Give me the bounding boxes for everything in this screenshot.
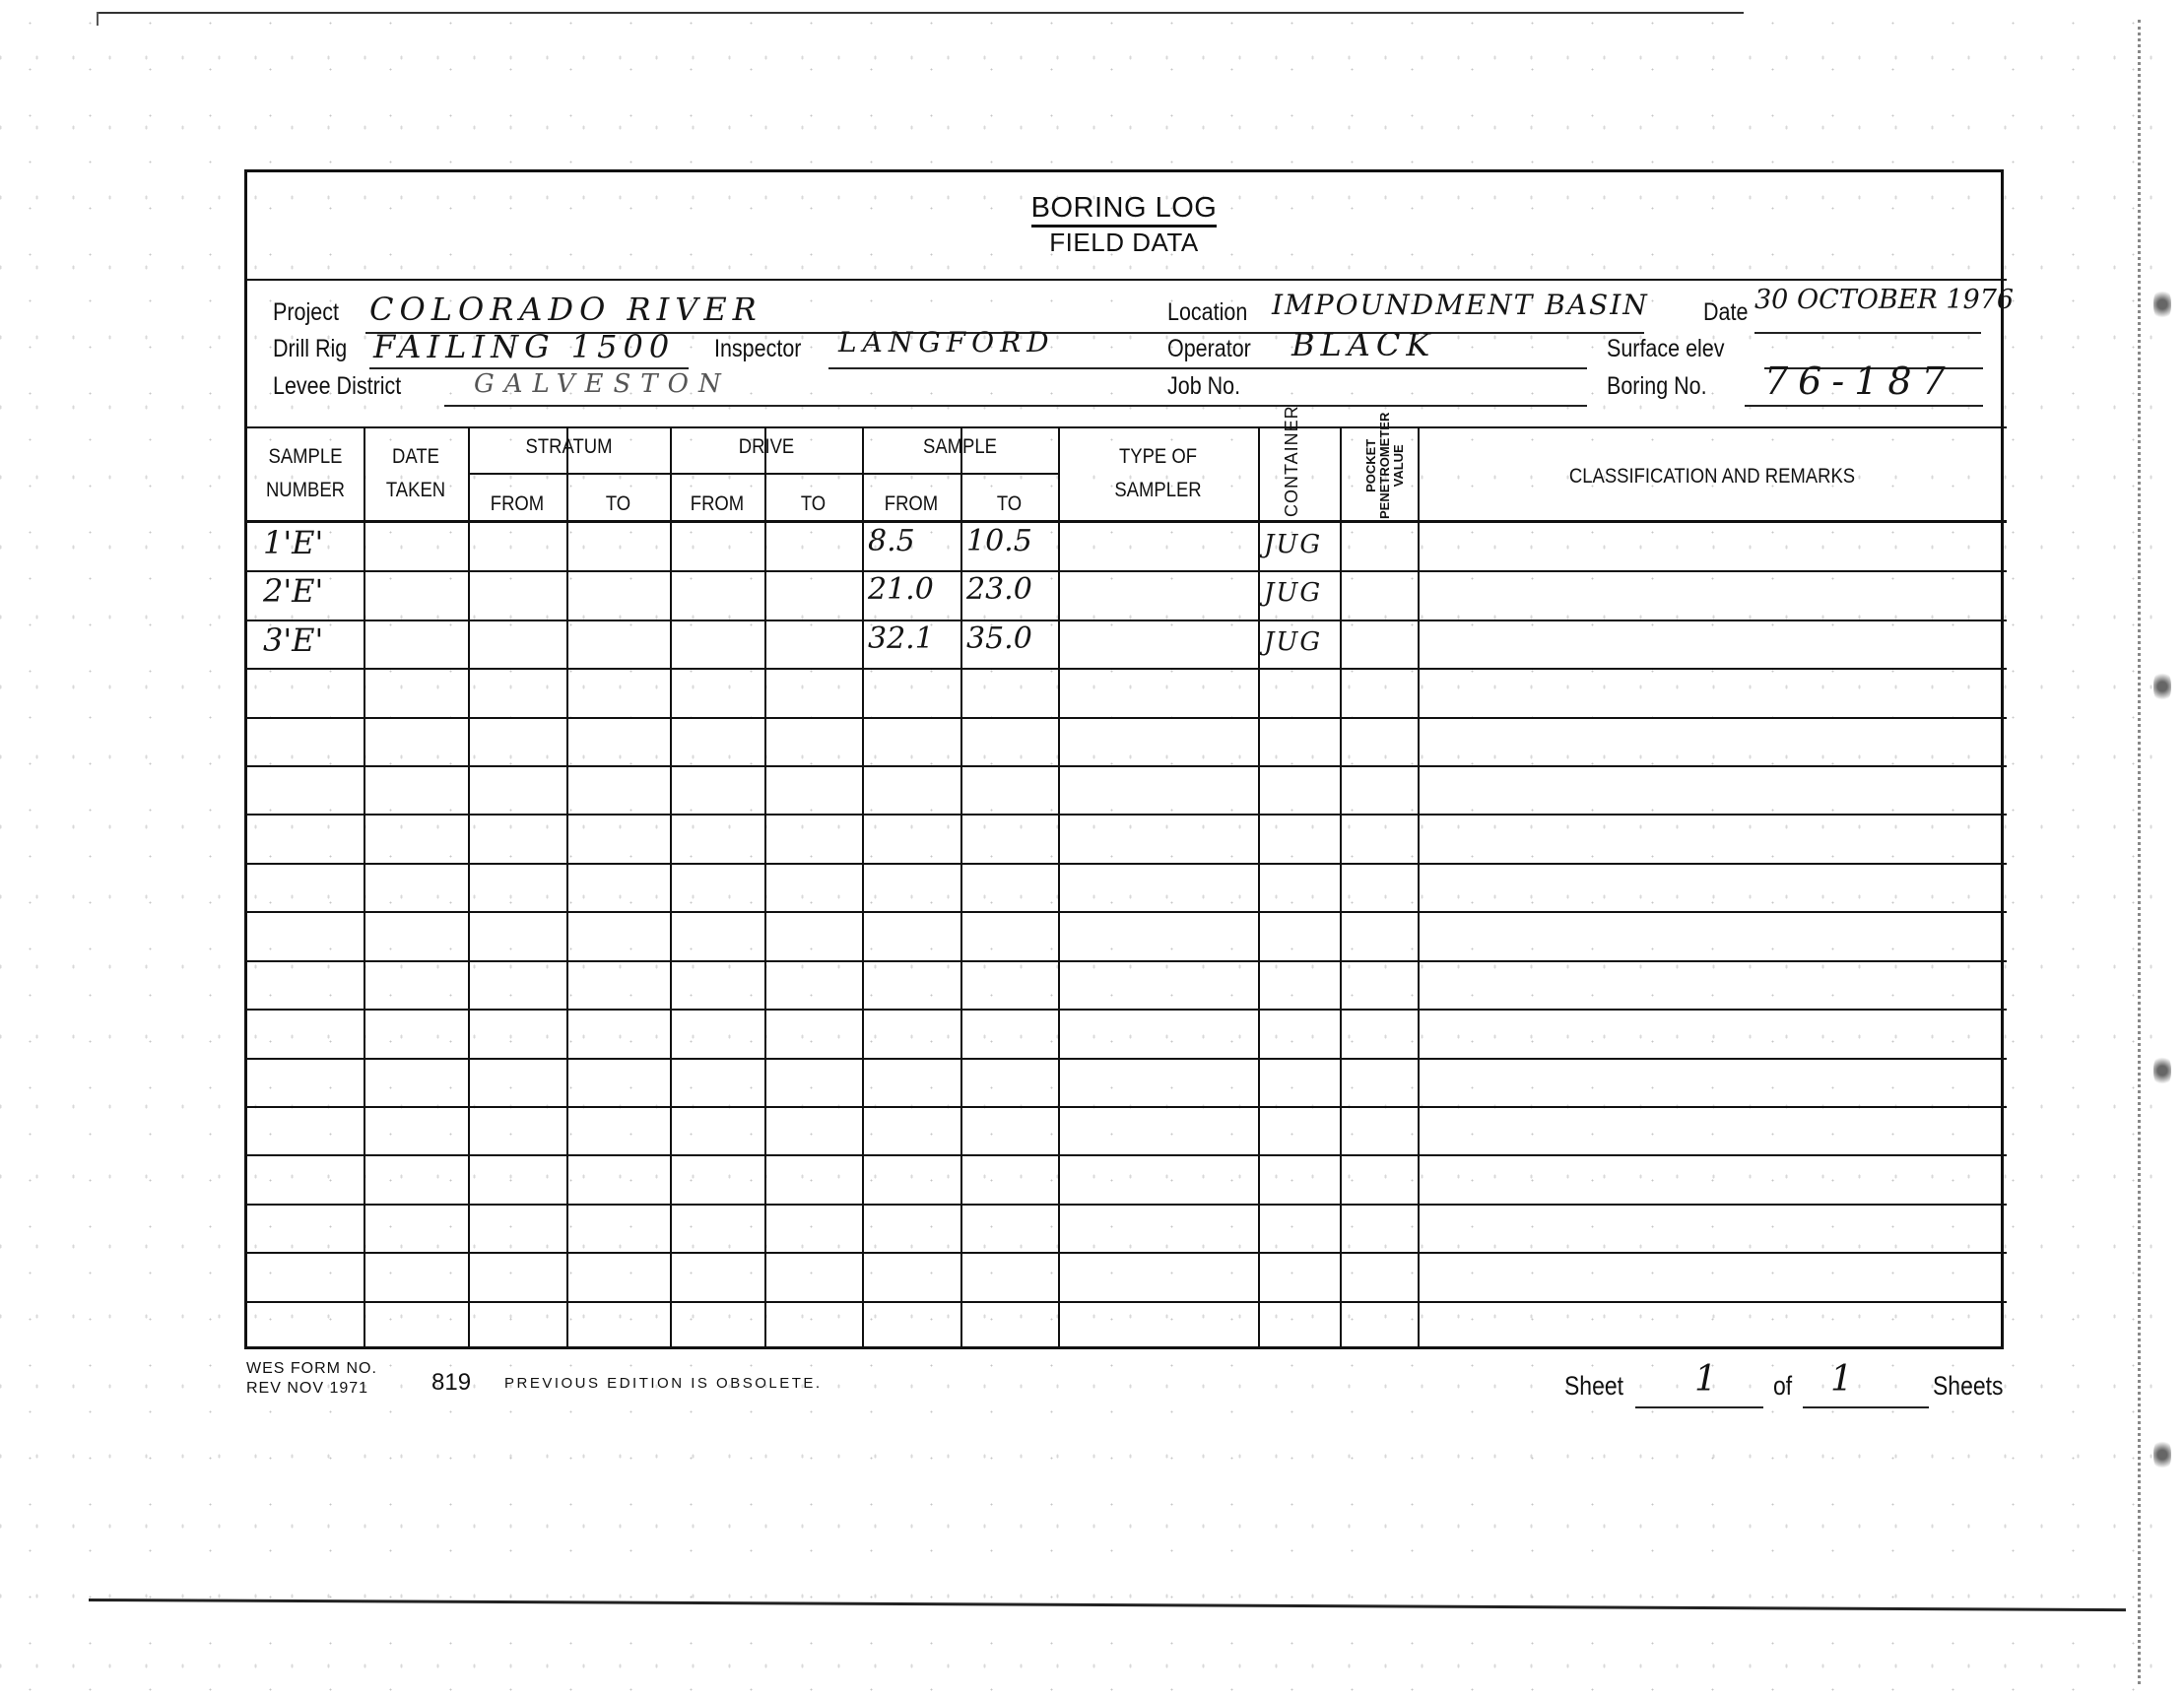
cell-sample-number[interactable]	[253, 1011, 371, 1055]
cell-drive-to[interactable]	[770, 913, 860, 957]
cell-date-taken[interactable]	[369, 1303, 466, 1347]
cell-classification[interactable]	[1423, 865, 2005, 909]
cell-date-taken[interactable]	[369, 1254, 466, 1298]
cell-classification[interactable]	[1423, 1254, 2005, 1298]
smudge-mark	[2153, 1054, 2171, 1087]
column-divider	[566, 426, 568, 1349]
cell-drive-from[interactable]	[676, 572, 762, 617]
header-bottom-divider	[247, 520, 2007, 523]
cell-sample-number[interactable]	[253, 913, 371, 957]
cell-container[interactable]	[1264, 968, 1338, 1012]
inspector-label: Inspector	[714, 335, 801, 363]
cell-sample-number[interactable]	[253, 816, 371, 860]
of-label: of	[1773, 1371, 1792, 1402]
drill-rig-label: Drill Rig	[273, 335, 347, 363]
cell-sample-to[interactable]	[966, 1011, 1056, 1055]
cell-pocket-penetrometer[interactable]	[1346, 572, 1416, 617]
column-divider	[862, 426, 864, 1349]
cell-sample-number[interactable]: 2'E'	[253, 572, 371, 617]
form-title: BORING LOG	[247, 192, 2001, 225]
column-divider	[1058, 426, 1060, 1349]
smudge-mark	[2153, 288, 2171, 321]
cell-container[interactable]	[1264, 1211, 1338, 1256]
date-field[interactable]: 30 OCTOBER 1976	[1754, 285, 2014, 315]
cell-drive-from[interactable]	[676, 962, 762, 1007]
cell-sample-from[interactable]	[868, 767, 959, 812]
cell-pocket-penetrometer[interactable]	[1346, 524, 1416, 568]
cell-stratum-to[interactable]	[572, 572, 668, 617]
cell-drive-from[interactable]	[676, 913, 762, 957]
cell-container[interactable]	[1264, 1066, 1338, 1110]
cell-container[interactable]	[1264, 773, 1338, 817]
cell-date-taken[interactable]	[369, 865, 466, 909]
cell-stratum-from[interactable]	[474, 1303, 564, 1347]
cell-stratum-from[interactable]	[474, 621, 564, 666]
cell-date-taken[interactable]	[369, 1060, 466, 1104]
cell-type-of-sampler[interactable]	[1064, 524, 1256, 568]
operator-field[interactable]: BLACK	[1291, 326, 1435, 363]
cell-drive-from[interactable]	[676, 670, 762, 714]
cell-drive-from[interactable]	[676, 719, 762, 763]
cell-drive-from[interactable]	[676, 1303, 762, 1347]
cell-stratum-from[interactable]	[474, 719, 564, 763]
column-divider	[670, 426, 672, 1349]
cell-pocket-penetrometer[interactable]	[1346, 670, 1416, 714]
cell-date-taken[interactable]	[369, 1156, 466, 1201]
scan-edge-top	[99, 12, 1744, 14]
cell-container[interactable]	[1264, 919, 1338, 963]
header-date-taken-line2: TAKEN	[369, 474, 461, 507]
cell-sample-number[interactable]	[253, 670, 371, 714]
column-divider	[468, 426, 470, 1349]
header-sample-number-line1: SAMPLE	[254, 440, 357, 474]
cell-sample-from[interactable]	[868, 1254, 959, 1298]
cell-stratum-to[interactable]	[572, 1303, 668, 1347]
cell-stratum-to[interactable]	[572, 865, 668, 909]
cell-classification[interactable]	[1423, 719, 2005, 763]
cell-date-taken[interactable]	[369, 1206, 466, 1250]
cell-classification[interactable]	[1423, 816, 2005, 860]
cell-date-taken[interactable]	[369, 816, 466, 860]
sheet-underline	[1635, 1406, 1763, 1408]
cell-type-of-sampler[interactable]	[1064, 865, 1256, 909]
cell-sample-from[interactable]	[868, 1108, 959, 1152]
cell-drive-from[interactable]	[676, 767, 762, 812]
header-sample-number: SAMPLE NUMBER	[254, 440, 357, 507]
cell-drive-from[interactable]	[676, 524, 762, 568]
header-type-of-sampler: TYPE OF SAMPLER	[1070, 440, 1246, 507]
cell-sample-to[interactable]	[966, 816, 1056, 860]
cell-type-of-sampler[interactable]	[1064, 719, 1256, 763]
cell-drive-from[interactable]	[676, 1254, 762, 1298]
cell-type-of-sampler[interactable]	[1064, 572, 1256, 617]
cell-container[interactable]	[1264, 1114, 1338, 1158]
cell-drive-to[interactable]	[770, 816, 860, 860]
cell-sample-to[interactable]	[966, 865, 1056, 909]
cell-stratum-to[interactable]	[572, 1108, 668, 1152]
cell-sample-from[interactable]	[868, 913, 959, 957]
cell-drive-to[interactable]	[770, 767, 860, 812]
column-divider	[1258, 426, 1260, 1349]
cell-drive-from[interactable]	[676, 816, 762, 860]
cell-stratum-from[interactable]	[474, 1206, 564, 1250]
cell-type-of-sampler[interactable]	[1064, 1108, 1256, 1152]
cell-pocket-penetrometer[interactable]	[1346, 1060, 1416, 1104]
cell-type-of-sampler[interactable]	[1064, 1060, 1256, 1104]
surface-elev-label: Surface elev	[1607, 335, 1725, 363]
form-subtitle: FIELD DATA	[247, 228, 2001, 258]
cell-classification[interactable]	[1423, 1156, 2005, 1201]
cell-container[interactable]	[1264, 1309, 1338, 1353]
cell-type-of-sampler[interactable]	[1064, 1254, 1256, 1298]
cell-sample-from[interactable]	[868, 670, 959, 714]
title-divider	[247, 279, 2007, 281]
subheader-divider	[468, 473, 1058, 475]
cell-container[interactable]	[1264, 1016, 1338, 1061]
header-drive: DRIVE	[682, 430, 851, 464]
cell-type-of-sampler[interactable]	[1064, 816, 1256, 860]
cell-stratum-from[interactable]	[474, 1060, 564, 1104]
cell-sample-from[interactable]	[868, 1011, 959, 1055]
cell-date-taken[interactable]	[369, 962, 466, 1007]
cell-drive-from[interactable]	[676, 1060, 762, 1104]
cell-date-taken[interactable]	[369, 719, 466, 763]
cell-sample-from[interactable]	[868, 1060, 959, 1104]
cell-sample-number[interactable]	[253, 1303, 371, 1347]
cell-container[interactable]	[1264, 821, 1338, 866]
cell-stratum-from[interactable]	[474, 1254, 564, 1298]
cell-pocket-penetrometer[interactable]	[1346, 1254, 1416, 1298]
header-pocket-penetrometer: POCKET PENETROMETER VALUE	[1364, 413, 1406, 519]
header-drive-to: TO	[770, 488, 856, 521]
cell-container[interactable]	[1264, 1162, 1338, 1207]
cell-pocket-penetrometer[interactable]	[1346, 1011, 1416, 1055]
drill-rig-field[interactable]: FAILING 1500	[373, 328, 675, 365]
cell-type-of-sampler[interactable]	[1064, 913, 1256, 957]
cell-sample-from[interactable]: 21.0	[868, 572, 959, 617]
cell-type-of-sampler[interactable]	[1064, 670, 1256, 714]
cell-stratum-to[interactable]	[572, 767, 668, 812]
cell-sample-to[interactable]	[966, 1156, 1056, 1201]
form-number-label: WES FORM NO. REV NOV 1971	[246, 1359, 377, 1399]
levee-district-field[interactable]: GALVESTON	[474, 369, 731, 399]
cell-drive-from[interactable]	[676, 621, 762, 666]
header-date-taken-line1: DATE	[369, 440, 461, 474]
cell-pocket-penetrometer[interactable]	[1346, 913, 1416, 957]
cell-classification[interactable]	[1423, 1011, 2005, 1055]
table-top-divider	[247, 426, 2007, 428]
cell-classification[interactable]	[1423, 572, 2005, 617]
cell-container[interactable]	[1264, 871, 1338, 915]
cell-sample-to[interactable]: 35.0	[966, 621, 1056, 666]
cell-stratum-from[interactable]	[474, 572, 564, 617]
cell-drive-from[interactable]	[676, 1206, 762, 1250]
cell-stratum-from[interactable]	[474, 1108, 564, 1152]
cell-drive-to[interactable]	[770, 1011, 860, 1055]
cell-classification[interactable]	[1423, 1108, 2005, 1152]
cell-pocket-penetrometer[interactable]	[1346, 816, 1416, 860]
cell-sample-from[interactable]	[868, 816, 959, 860]
cell-drive-to[interactable]	[770, 1060, 860, 1104]
cell-pocket-penetrometer[interactable]	[1346, 865, 1416, 909]
header-sample-number-line2: NUMBER	[254, 474, 357, 507]
header-pocket-line2: PENETROMETER	[1378, 413, 1392, 519]
cell-type-of-sampler[interactable]	[1064, 1011, 1256, 1055]
cell-sample-to[interactable]	[966, 1254, 1056, 1298]
cell-drive-to[interactable]	[770, 1156, 860, 1201]
header-drive-from: FROM	[676, 488, 759, 521]
cell-stratum-from[interactable]	[474, 1156, 564, 1201]
header-type-of-sampler-line2: SAMPLER	[1070, 474, 1246, 507]
of-underline	[1803, 1406, 1929, 1408]
cell-pocket-penetrometer[interactable]	[1346, 621, 1416, 666]
column-divider	[960, 426, 962, 1349]
cell-sample-from[interactable]	[868, 1303, 959, 1347]
header-stratum: STRATUM	[480, 430, 657, 464]
form-title-text: BORING LOG	[1031, 192, 1218, 228]
column-divider	[1340, 426, 1342, 1349]
cell-date-taken[interactable]	[369, 572, 466, 617]
date-label: Date	[1703, 298, 1748, 327]
levee-district-label: Levee District	[273, 372, 401, 401]
cell-container[interactable]: JUG	[1264, 530, 1338, 574]
cell-stratum-to[interactable]	[572, 1206, 668, 1250]
cell-stratum-to[interactable]	[572, 913, 668, 957]
header-classification: CLASSIFICATION AND REMARKS	[1453, 460, 1971, 493]
scan-edge-top-corner	[97, 12, 99, 26]
operator-underline	[1272, 367, 1587, 369]
cell-drive-to[interactable]	[770, 621, 860, 666]
cell-drive-from[interactable]	[676, 865, 762, 909]
form-number-line1: WES FORM NO.	[246, 1359, 377, 1379]
cell-sample-from[interactable]: 8.5	[868, 524, 959, 568]
cell-pocket-penetrometer[interactable]	[1346, 1303, 1416, 1347]
cell-stratum-to[interactable]	[572, 524, 668, 568]
cell-stratum-to[interactable]	[572, 1011, 668, 1055]
project-label: Project	[273, 298, 339, 327]
cell-sample-number[interactable]	[253, 1060, 371, 1104]
cell-stratum-to[interactable]	[572, 670, 668, 714]
cell-container[interactable]	[1264, 725, 1338, 769]
header-type-of-sampler-line1: TYPE OF	[1070, 440, 1246, 474]
project-field[interactable]: COLORADO RIVER	[369, 291, 762, 328]
cell-drive-to[interactable]	[770, 865, 860, 909]
cell-sample-to[interactable]	[966, 1060, 1056, 1104]
sheet-label: Sheet	[1564, 1371, 1623, 1402]
obsolete-note: PREVIOUS EDITION IS OBSOLETE.	[504, 1375, 823, 1392]
cell-sample-number[interactable]	[253, 1206, 371, 1250]
cell-date-taken[interactable]	[369, 913, 466, 957]
cell-drive-from[interactable]	[676, 1108, 762, 1152]
cell-stratum-from[interactable]	[474, 816, 564, 860]
cell-date-taken[interactable]	[369, 621, 466, 666]
cell-stratum-from[interactable]	[474, 865, 564, 909]
location-field[interactable]: IMPOUNDMENT BASIN	[1272, 289, 1649, 321]
boring-no-label: Boring No.	[1607, 372, 1707, 401]
cell-sample-to[interactable]: 10.5	[966, 524, 1056, 568]
sheets-label: Sheets	[1933, 1371, 2003, 1402]
scan-edge-right	[2138, 20, 2141, 1684]
cell-drive-from[interactable]	[676, 1011, 762, 1055]
cell-stratum-from[interactable]	[474, 1011, 564, 1055]
cell-drive-to[interactable]	[770, 1206, 860, 1250]
cell-sample-number[interactable]	[253, 719, 371, 763]
column-divider	[764, 426, 766, 1349]
header-pocket-line3: VALUE	[1392, 413, 1406, 519]
cell-classification[interactable]	[1423, 962, 2005, 1007]
header-stratum-from: FROM	[474, 488, 561, 521]
cell-type-of-sampler[interactable]	[1064, 1206, 1256, 1250]
cell-drive-to[interactable]	[770, 962, 860, 1007]
boring-log-form: BORING LOG FIELD DATA Project COLORADO R…	[244, 169, 2004, 1349]
header-sample-to: TO	[966, 488, 1052, 521]
cell-container[interactable]	[1264, 676, 1338, 720]
column-divider	[1418, 426, 1420, 1349]
cell-sample-to[interactable]	[966, 767, 1056, 812]
header-container: CONTAINER	[1282, 405, 1302, 517]
cell-stratum-to[interactable]	[572, 1060, 668, 1104]
cell-stratum-from[interactable]	[474, 767, 564, 812]
job-no-label: Job No.	[1167, 372, 1240, 401]
job-no-underline	[1262, 405, 1587, 407]
cell-container[interactable]	[1264, 1260, 1338, 1304]
cell-drive-to[interactable]	[770, 1108, 860, 1152]
cell-pocket-penetrometer[interactable]	[1346, 1206, 1416, 1250]
date-underline	[1754, 332, 1981, 334]
cell-drive-to[interactable]	[770, 572, 860, 617]
cell-stratum-from[interactable]	[474, 670, 564, 714]
cell-sample-number[interactable]	[253, 1156, 371, 1201]
inspector-field[interactable]: LANGFORD	[838, 326, 1055, 359]
header-stratum-to: TO	[572, 488, 663, 521]
cell-drive-to[interactable]	[770, 670, 860, 714]
cell-stratum-from[interactable]	[474, 913, 564, 957]
cell-classification[interactable]	[1423, 621, 2005, 666]
smudge-mark	[2153, 670, 2171, 703]
cell-stratum-to[interactable]	[572, 1156, 668, 1201]
cell-sample-to[interactable]	[966, 670, 1056, 714]
cell-stratum-to[interactable]	[572, 719, 668, 763]
cell-drive-from[interactable]	[676, 1156, 762, 1201]
cell-classification[interactable]	[1423, 670, 2005, 714]
cell-date-taken[interactable]	[369, 767, 466, 812]
cell-sample-from[interactable]	[868, 1206, 959, 1250]
cell-sample-number[interactable]	[253, 962, 371, 1007]
cell-pocket-penetrometer[interactable]	[1346, 962, 1416, 1007]
cell-sample-to[interactable]: 23.0	[966, 572, 1056, 617]
cell-sample-to[interactable]	[966, 1108, 1056, 1152]
cell-container[interactable]: JUG	[1264, 578, 1338, 622]
form-number: 819	[431, 1369, 471, 1397]
header-sample-from: FROM	[868, 488, 955, 521]
cell-classification[interactable]	[1423, 1060, 2005, 1104]
form-number-line2: REV NOV 1971	[246, 1379, 377, 1399]
cell-type-of-sampler[interactable]	[1064, 621, 1256, 666]
cell-drive-to[interactable]	[770, 719, 860, 763]
boring-no-field[interactable]: 76-187	[1764, 359, 1955, 403]
cell-pocket-penetrometer[interactable]	[1346, 1156, 1416, 1201]
cell-pocket-penetrometer[interactable]	[1346, 767, 1416, 812]
cell-container[interactable]: JUG	[1264, 627, 1338, 672]
total-sheets[interactable]: 1	[1830, 1359, 1853, 1400]
cell-sample-from[interactable]: 32.1	[868, 621, 959, 666]
cell-date-taken[interactable]	[369, 1108, 466, 1152]
cell-sample-to[interactable]	[966, 962, 1056, 1007]
cell-drive-to[interactable]	[770, 524, 860, 568]
levee-district-underline	[444, 405, 1396, 407]
cell-stratum-to[interactable]	[572, 621, 668, 666]
cell-stratum-from[interactable]	[474, 962, 564, 1007]
cell-classification[interactable]	[1423, 1303, 2005, 1347]
cell-sample-from[interactable]	[868, 1156, 959, 1201]
cell-sample-number[interactable]: 3'E'	[253, 621, 371, 666]
cell-type-of-sampler[interactable]	[1064, 767, 1256, 812]
cell-date-taken[interactable]	[369, 670, 466, 714]
cell-classification[interactable]	[1423, 767, 2005, 812]
cell-sample-number[interactable]	[253, 1108, 371, 1152]
cell-pocket-penetrometer[interactable]	[1346, 719, 1416, 763]
cell-sample-to[interactable]	[966, 1206, 1056, 1250]
cell-stratum-to[interactable]	[572, 962, 668, 1007]
cell-date-taken[interactable]	[369, 1011, 466, 1055]
smudge-mark	[2153, 1438, 2171, 1471]
cell-type-of-sampler[interactable]	[1064, 962, 1256, 1007]
cell-sample-from[interactable]	[868, 865, 959, 909]
cell-sample-to[interactable]	[966, 719, 1056, 763]
cell-sample-number[interactable]	[253, 1254, 371, 1298]
sheet-number[interactable]: 1	[1694, 1359, 1717, 1400]
cell-sample-number[interactable]	[253, 767, 371, 812]
cell-drive-to[interactable]	[770, 1303, 860, 1347]
cell-drive-to[interactable]	[770, 1254, 860, 1298]
cell-date-taken[interactable]	[369, 524, 466, 568]
header-pocket-line1: POCKET	[1364, 413, 1378, 519]
cell-sample-number[interactable]	[253, 865, 371, 909]
cell-stratum-to[interactable]	[572, 816, 668, 860]
cell-sample-number[interactable]: 1'E'	[253, 524, 371, 568]
cell-classification[interactable]	[1423, 524, 2005, 568]
cell-type-of-sampler[interactable]	[1064, 1156, 1256, 1201]
cell-pocket-penetrometer[interactable]	[1346, 1108, 1416, 1152]
boring-no-underline	[1745, 405, 1983, 407]
cell-classification[interactable]	[1423, 1206, 2005, 1250]
cell-type-of-sampler[interactable]	[1064, 1303, 1256, 1347]
cell-sample-from[interactable]	[868, 719, 959, 763]
cell-classification[interactable]	[1423, 913, 2005, 957]
cell-sample-to[interactable]	[966, 913, 1056, 957]
cell-stratum-from[interactable]	[474, 524, 564, 568]
cell-sample-from[interactable]	[868, 962, 959, 1007]
header-date-taken: DATE TAKEN	[369, 440, 461, 507]
location-label: Location	[1167, 298, 1247, 327]
cell-stratum-to[interactable]	[572, 1254, 668, 1298]
operator-label: Operator	[1167, 335, 1251, 363]
cell-sample-to[interactable]	[966, 1303, 1056, 1347]
